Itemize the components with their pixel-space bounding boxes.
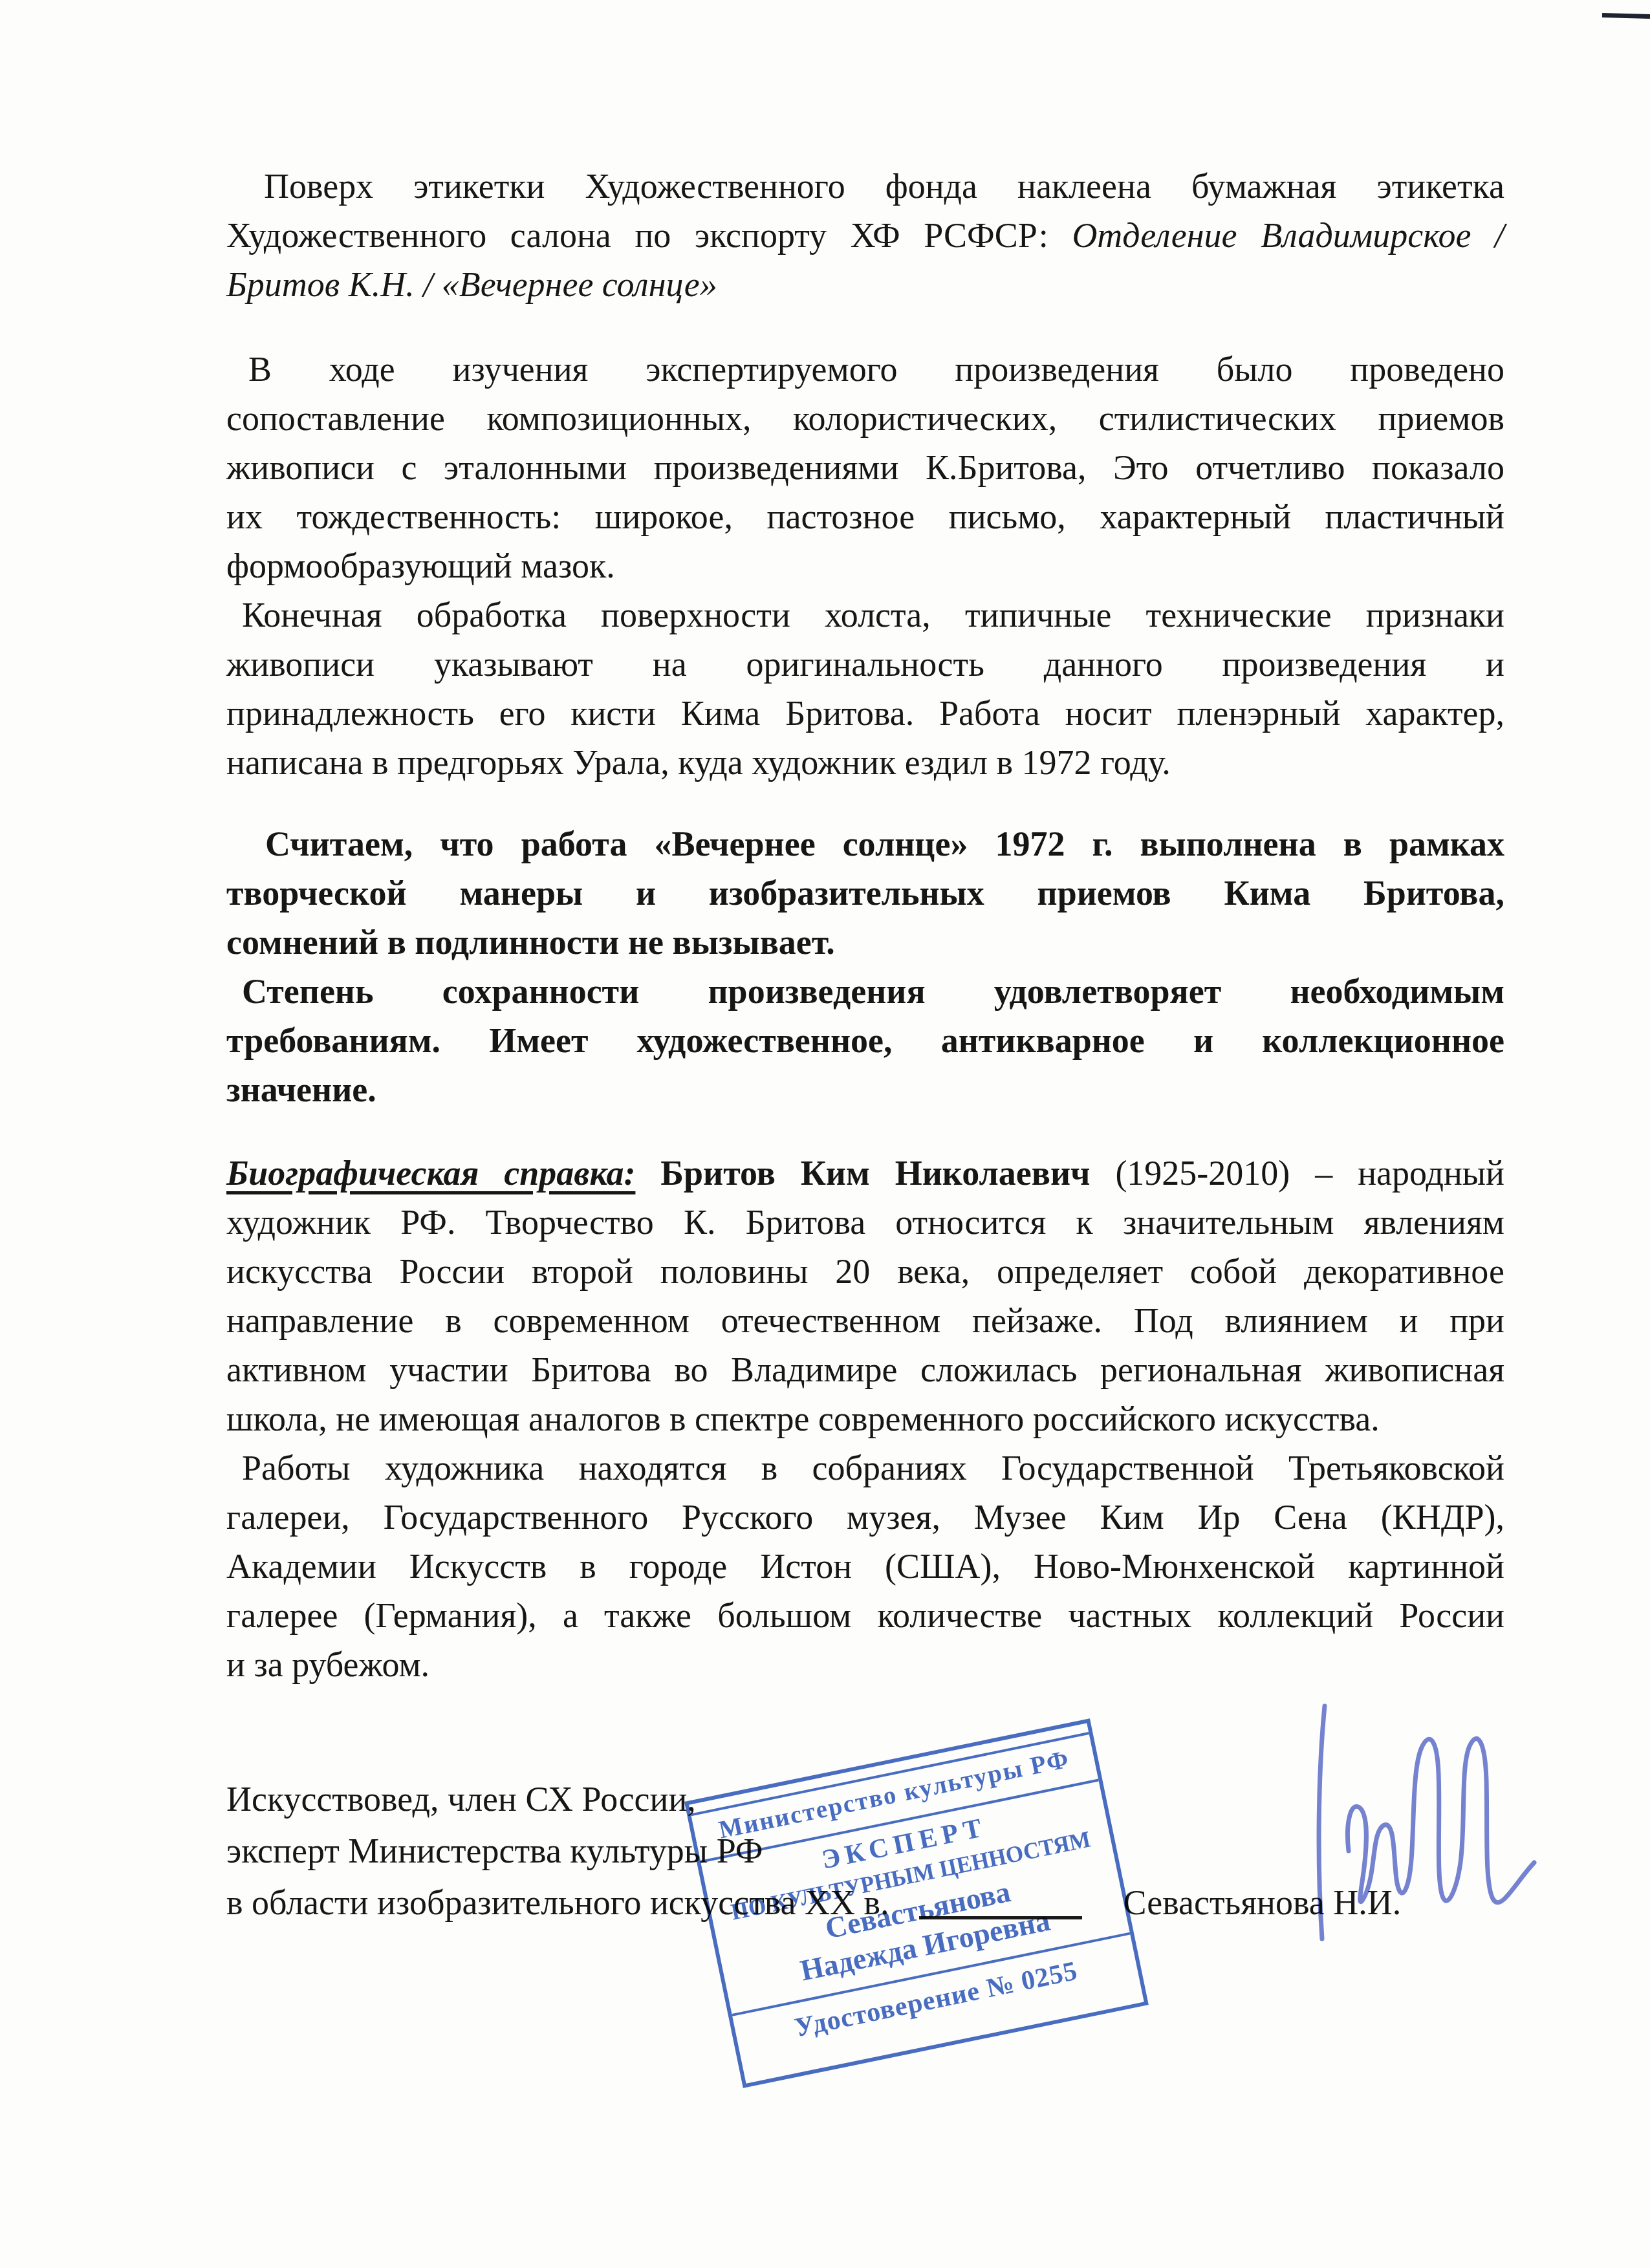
paragraph: Конечная обработка поверхности холста, т… xyxy=(226,590,1504,787)
text-line: галерее (Германия), а также большом коли… xyxy=(226,1591,1504,1640)
text-span: формообразующий мазок. xyxy=(226,546,615,585)
text-span: галерее (Германия), а также большом коли… xyxy=(226,1596,1504,1635)
text-line: значение. xyxy=(226,1065,1504,1114)
signer-name: Севастьянова Н.И. xyxy=(1124,1883,1402,1922)
text-line: галереи, Государственного Русского музея… xyxy=(226,1493,1504,1542)
paragraph: Биографическая справка: Бритов Ким Никол… xyxy=(226,1149,1504,1443)
text-span: Работы художника находятся в собраниях Г… xyxy=(242,1449,1504,1487)
text-span: живописи с эталонными произведениями К.Б… xyxy=(226,448,1504,487)
text-span: искусства России второй половины 20 века… xyxy=(226,1252,1504,1291)
text-span: Биографическая справка: xyxy=(226,1154,635,1193)
text-span: требованиям. Имеет художественное, антик… xyxy=(226,1021,1504,1060)
scanned-document-page: Поверх этикетки Художественного фонда на… xyxy=(0,0,1650,2268)
text-span: Степень сохранности произведения удовлет… xyxy=(242,972,1504,1011)
text-line: Работы художника находятся в собраниях Г… xyxy=(226,1443,1504,1493)
text-line: направление в современном отечественном … xyxy=(226,1296,1504,1345)
text-line: творческой манеры и изобразительных прие… xyxy=(226,869,1504,918)
text-line: принадлежность его кисти Кима Бритова. Р… xyxy=(226,689,1504,738)
text-span: сомнений в подлинности не вызывает. xyxy=(226,923,835,962)
text-line: искусства России второй половины 20 века… xyxy=(226,1247,1504,1296)
text-line: и за рубежом. xyxy=(226,1640,1504,1689)
text-line: живописи с эталонными произведениями К.Б… xyxy=(226,443,1504,492)
text-line: их тождественность: широкое, пастозное п… xyxy=(226,492,1504,541)
text-line: формообразующий мазок. xyxy=(226,541,1504,590)
text-span: написана в предгорьях Урала, куда художн… xyxy=(226,743,1171,782)
text-span: Академии Искусств в городе Истон (США), … xyxy=(226,1547,1504,1586)
text-line: Конечная обработка поверхности холста, т… xyxy=(226,590,1504,640)
text-line: В ходе изучения экспертируемого произвед… xyxy=(226,345,1504,394)
text-line: Степень сохранности произведения удовлет… xyxy=(226,967,1504,1016)
text-span: Художественного салона по экспорту ХФ РС… xyxy=(226,216,1072,255)
text-span: Конечная обработка поверхности холста, т… xyxy=(242,596,1504,634)
paragraph: Степень сохранности произведения удовлет… xyxy=(226,967,1504,1114)
text-line: Биографическая справка: Бритов Ким Никол… xyxy=(226,1149,1504,1198)
text-line: требованиям. Имеет художественное, антик… xyxy=(226,1016,1504,1065)
paragraph: Работы художника находятся в собраниях Г… xyxy=(226,1443,1504,1689)
paragraph: Считаем, что работа «Вечернее солнце» 19… xyxy=(226,819,1504,967)
text-line: Считаем, что работа «Вечернее солнце» 19… xyxy=(226,819,1504,869)
text-line: Академии Искусств в городе Истон (США), … xyxy=(226,1542,1504,1591)
text-line: сопоставление композиционных, колористич… xyxy=(226,394,1504,443)
text-span: живописи указывают на оригинальность дан… xyxy=(226,645,1504,684)
text-line: художник РФ. Творчество К. Бритова относ… xyxy=(226,1198,1504,1247)
text-span: и за рубежом. xyxy=(226,1645,429,1684)
text-span: творческой манеры и изобразительных прие… xyxy=(226,874,1504,913)
text-span: активном участии Бритова во Владимире сл… xyxy=(226,1350,1504,1389)
text-line: школа, не имеющая аналогов в спектре сов… xyxy=(226,1394,1504,1443)
text-span: Отделение Владимирское / xyxy=(1072,216,1504,255)
text-span: (1925-2010) – народный xyxy=(1115,1154,1504,1193)
paragraph: В ходе изучения экспертируемого произвед… xyxy=(226,345,1504,590)
text-span: художник РФ. Творчество К. Бритова относ… xyxy=(226,1203,1504,1242)
text-span: школа, не имеющая аналогов в спектре сов… xyxy=(226,1399,1380,1438)
text-line: написана в предгорьях Урала, куда художн… xyxy=(226,738,1504,787)
text-span: направление в современном отечественном … xyxy=(226,1301,1504,1340)
text-line: Художественного салона по экспорту ХФ РС… xyxy=(226,211,1504,260)
text-span: галереи, Государственного Русского музея… xyxy=(226,1498,1504,1537)
text-span: Поверх этикетки Художественного фонда на… xyxy=(264,167,1504,206)
document-body: Поверх этикетки Художественного фонда на… xyxy=(226,162,1504,1777)
text-span: В ходе изучения экспертируемого произвед… xyxy=(248,350,1504,389)
scan-artifact-dash xyxy=(1602,13,1650,19)
text-line: сомнений в подлинности не вызывает. xyxy=(226,918,1504,967)
text-span: принадлежность его кисти Кима Бритова. Р… xyxy=(226,694,1504,733)
text-span: Бритов К.Н. / «Вечернее солнце» xyxy=(226,265,717,304)
paragraph: Поверх этикетки Художественного фонда на… xyxy=(226,162,1504,309)
text-line: Поверх этикетки Художественного фонда на… xyxy=(226,162,1504,211)
text-span: сопоставление композиционных, колористич… xyxy=(226,399,1504,438)
text-line: живописи указывают на оригинальность дан… xyxy=(226,640,1504,689)
text-span: Бритов Ким Николаевич xyxy=(635,1154,1115,1193)
text-span: их тождественность: широкое, пастозное п… xyxy=(226,497,1504,536)
text-line: активном участии Бритова во Владимире сл… xyxy=(226,1345,1504,1394)
text-span: значение. xyxy=(226,1070,376,1109)
text-span: Считаем, что работа «Вечернее солнце» 19… xyxy=(265,825,1504,863)
text-line: Бритов К.Н. / «Вечернее солнце» xyxy=(226,260,1504,309)
